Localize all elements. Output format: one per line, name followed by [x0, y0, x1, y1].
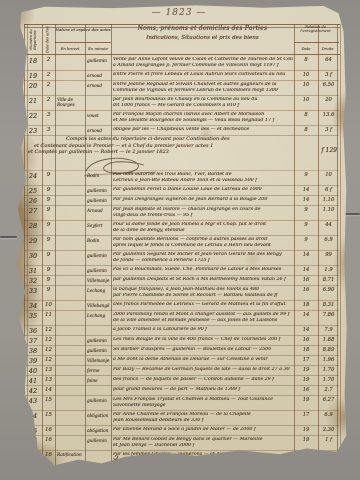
parties-description-cell: Pas ici à Bouchillats, Suède. Che. Pomma… [111, 266, 294, 275]
table-row: 28 9 Seyfert Pour la dame fondé de Jean … [24, 221, 339, 236]
row-number-cell: 32 [24, 276, 42, 285]
row-number-cell: 41 [24, 376, 42, 385]
table-row: 41 13 foine des francs — de faquets de p… [24, 376, 339, 386]
registration-date-cell: 9 [294, 221, 318, 235]
droits-cell: 3 f [318, 71, 339, 80]
parties-description-cell: Par Bazy — Récamié de Germain faquets de… [111, 366, 294, 375]
en-minute-cell [85, 96, 111, 110]
act-date-cell: 9 [42, 171, 55, 185]
registration-date-cell: 14 [294, 251, 318, 265]
registration-date-cell: 14 [294, 326, 318, 335]
registration-date-cell: 18 [294, 301, 318, 310]
parties-description-cell: Pour la dame fondé de Jean Pamela à Mgr … [111, 221, 294, 235]
en-minute-cell: arnoud [85, 81, 111, 95]
act-date-cell: 2 [42, 81, 55, 95]
signature-flourish-icon [82, 155, 160, 179]
row-number-cell: 31 [24, 266, 42, 275]
en-brevet-cell [55, 396, 85, 410]
registration-date-cell: 10 [294, 81, 318, 95]
en-minute-cell: guillemin [85, 436, 111, 450]
droits-cell: 64 [318, 56, 339, 70]
act-date-cell: 12 [42, 346, 55, 355]
registration-date-cell: 14 [294, 266, 318, 275]
table-row: 47 16 Ratification Par les femmes Charle… [24, 451, 339, 466]
en-brevet-cell: Ville de Bourges [55, 96, 85, 110]
parties-description-cell: pour grand mesures — de part — Mathieu d… [111, 386, 294, 395]
act-date-cell: 12 [42, 356, 55, 365]
droits-cell: 44 [318, 221, 339, 235]
row-number-cell: 26 [24, 196, 42, 205]
droits-cell: 2.7 [318, 386, 339, 395]
registration-date-cell: 19 [294, 366, 318, 375]
parties-description-cell: Les Mrs François Trystat et Chamvel à Ma… [111, 396, 294, 410]
en-brevet-cell [55, 81, 85, 95]
en-brevet-cell [55, 126, 85, 135]
act-date-cell: 9 [42, 221, 55, 235]
act-date-cell: 12 [42, 336, 55, 345]
en-minute-cell: guillemin [85, 346, 111, 355]
en-brevet-cell [55, 376, 85, 385]
parties-description-cell: Par guillemin Seguret Me Richer et Jean-… [111, 251, 294, 265]
parties-description-cell: Entre Pierre et frère Lebeau et Louis Au… [111, 71, 294, 80]
en-minute-cell: Villebangé [85, 301, 111, 310]
row-number-cell: 30 [24, 251, 42, 265]
header-main: Noms, prénoms et domiciles des Parties .… [111, 25, 294, 54]
table-row: 32 9 Villemanje par guillemin Desplats e… [24, 276, 339, 286]
registration-date-cell: 9 [294, 236, 318, 250]
table-row: 40 13 ferme Par Bazy — Récamié de Germai… [24, 366, 339, 376]
registration-date-cell: 14 [294, 186, 318, 195]
parties-description-cell: par guillemin Desplats et St Roch à Ms B… [111, 276, 294, 285]
row-number-cell: 40 [24, 366, 42, 375]
registration-date-cell: 16 [294, 451, 318, 465]
act-date-cell: 2 [42, 71, 55, 80]
registration-date-cell: 17 [294, 411, 318, 425]
droits-cell: 2.30 [318, 426, 339, 435]
en-minute-cell: arnoud [85, 126, 111, 135]
en-brevet-cell [55, 336, 85, 345]
table-row: 26 9 guillemin Par Jean Desgranges vigne… [24, 196, 339, 206]
table-row: 45 16 obligation Par Etienne Mérand à So… [24, 426, 339, 436]
registration-date-cell: 14 [294, 311, 318, 325]
header-relation: Relation de l'enregistrement [294, 25, 337, 42]
en-minute-cell [85, 326, 111, 335]
registration-date-cell: 19 [294, 396, 318, 410]
registration-date-cell: 8 [294, 126, 318, 135]
droits-cell: 13.6 [318, 111, 339, 125]
en-brevet-cell [55, 206, 85, 220]
en-brevet-cell [55, 221, 85, 235]
en-minute-cell [85, 386, 111, 395]
table-row: 19 2 arnoud Entre Pierre et frère Lebeau… [24, 71, 339, 81]
droits-cell: 6.9 [318, 411, 339, 425]
act-date-cell: 10 [42, 301, 55, 310]
droits-cell: 1.70 [318, 366, 339, 375]
parties-description-cell: la banque française), à Jean Jean-Mathie… [111, 286, 294, 300]
en-brevet-cell: Ratification [55, 451, 85, 465]
droits-cell: 1 f [318, 436, 339, 450]
photo-of-ledger-page: { "photo": { "year_title": "— 1823 —", "… [0, 0, 360, 480]
registration-date-cell: 16 [294, 336, 318, 345]
act-date-cell: 12 [42, 326, 55, 335]
registration-date-cell: 9 [294, 206, 318, 220]
registration-date-cell: 9 [294, 171, 318, 185]
droits-cell: 1.70 [318, 376, 339, 385]
droits-cell: 8.71 [318, 276, 339, 285]
en-brevet-cell [55, 311, 85, 325]
certification-line: et Comptés par guillemin — Robert — le 2… [28, 149, 339, 156]
parties-description-cell: Par Jean Baptiste et Isidore — chacun De… [111, 206, 294, 220]
en-minute-cell: obligation [85, 426, 111, 435]
parties-description-cell: Sil Barbier d'auxpres — guillemin — Boul… [111, 346, 294, 355]
en-brevet-cell [55, 301, 85, 310]
en-brevet-cell [55, 236, 85, 250]
droits-cell: 3 f [318, 126, 339, 135]
table-row: 30 9 guillemin Par guillemin Seguret Me … [24, 251, 339, 266]
header-en-brevet: En brevet [55, 43, 85, 54]
act-date-cell: 16 [42, 451, 55, 465]
act-date-cell: 9 [42, 186, 55, 195]
droits-cell: 1.10 [318, 206, 339, 220]
en-minute-cell: obligation [85, 411, 111, 425]
row-number-cell: 21 [24, 96, 42, 110]
en-brevet-cell [55, 366, 85, 375]
registration-date-cell: 8 [294, 56, 318, 70]
registration-date-cell: 19 [294, 376, 318, 385]
en-minute-cell: Bodin [85, 236, 111, 250]
table-row: 18 2 guillemin Vente par Anne Lafont veu… [24, 56, 339, 71]
en-minute-cell: guillemin [85, 396, 111, 410]
table-rows: 18 2 guillemin Vente par Anne Lafont veu… [24, 56, 339, 466]
parties-description-cell: Par les femmes Charles — vignerons — et … [111, 451, 294, 465]
droits-cell: 6.27 [318, 396, 339, 410]
table-row: 22 3 vouet Par François Maçon charron in… [24, 111, 339, 126]
header-nature: Nature et espèce des actes [55, 27, 111, 42]
en-brevet-cell [55, 266, 85, 275]
table-row: 37 12 guillemin Les meix Bougie de la vi… [24, 336, 339, 346]
en-brevet-cell [55, 356, 85, 365]
act-date-cell: 13 [42, 376, 55, 385]
parties-description-cell: Par guillemin Perlet à Dame Louise Loue … [111, 186, 294, 195]
parties-description-cell: 2000 Parsimony rendu et Mont à changer a… [111, 311, 294, 325]
row-number-cell: 29 [24, 236, 42, 250]
row-number-cell: 37 [24, 336, 42, 345]
en-brevet-cell [55, 56, 85, 70]
act-date-cell: 3 [42, 126, 55, 135]
header-en-minute: En minute [85, 43, 111, 54]
header-reg-date: Date [294, 43, 318, 54]
en-brevet-cell [55, 71, 85, 80]
act-date-cell: 9 [42, 206, 55, 220]
row-number-cell: 35 [24, 311, 42, 325]
row-number-cell: 24 [24, 171, 42, 185]
en-minute-cell: guillemin [85, 186, 111, 195]
en-brevet-cell [55, 411, 85, 425]
row-number-cell: 27 [24, 206, 42, 220]
row-number-cell: 42 [24, 386, 42, 395]
droits-cell: 6.90 [318, 286, 339, 300]
table-row: 20 2 arnoud Entre Jeanne Regnaud et Silv… [24, 81, 339, 96]
parties-description-cell: par Jean Bourbouleux de Chassy en la Com… [111, 96, 294, 110]
table-row: 42 14 pour grand mesures — de part — Mat… [24, 386, 339, 396]
en-minute-cell: vouet [85, 111, 111, 125]
table-row: 29 9 Bodin Par nom quantité Bérillons — … [24, 236, 339, 251]
en-minute-cell: Villemanje [85, 356, 111, 365]
act-date-cell: 9 [42, 236, 55, 250]
parties-description-cell: obligée par les — Chapiteaux vente des —… [111, 126, 294, 135]
certification-line: et Contenant depuis le Premier — et à Ch… [34, 143, 339, 150]
registration-date-cell: 10 [294, 96, 318, 110]
table-row: 39 12 Villemanje à Me dont la dème Athén… [24, 356, 339, 366]
table-row: 21 2 Ville de Bourges par Jean Bourboule… [24, 96, 339, 111]
registration-date-cell: 16 [294, 286, 318, 300]
act-date-cell: 9 [42, 286, 55, 300]
certification-line: Compris les actes du répertoire ci-devan… [66, 136, 339, 143]
row-number-cell: 18 [24, 56, 42, 70]
table-row: 36 12 à Jacob Trameil à la Latourière de… [24, 326, 339, 336]
table-row: 31 9 guillemin Pas ici à Bouchillats, Su… [24, 266, 339, 276]
registration-date-cell: 17 [294, 356, 318, 365]
en-minute-cell: guillemin [85, 196, 111, 205]
table-row: 33 9 Lechang la banque française), à Jea… [24, 286, 339, 301]
droits-cell: 6 f [318, 186, 339, 195]
header-main-flourish: .................. [111, 32, 294, 35]
page-year-title: — 1823 — [11, 8, 347, 18]
row-number-cell: 38 [24, 346, 42, 355]
row-number-cell: 20 [24, 81, 42, 95]
certification-droits-note: f 129 [321, 148, 337, 155]
registration-date-cell: 18 [294, 346, 318, 355]
droits-cell: 1.96 [318, 356, 339, 365]
parties-description-cell: Par Me Bénard Goblet de Bengy dans le qu… [111, 436, 294, 450]
parties-description-cell: Par François Maçon charron indivis avec … [111, 111, 294, 125]
act-date-cell: 9 [42, 196, 55, 205]
parties-description-cell: Entre Jeanne Regnaud et Silvain Chaulvet… [111, 81, 294, 95]
droits-cell: 99 [318, 251, 339, 265]
droits-cell: 7.9 [318, 326, 339, 335]
droits-cell: 7.86 [318, 311, 339, 325]
act-date-cell: 2 [42, 96, 55, 110]
act-date-cell: 14 [42, 386, 55, 395]
table-row: 25 9 guillemin Par guillemin Perlet à Da… [24, 186, 339, 196]
act-date-cell: 13 [42, 366, 55, 375]
registration-date-cell: 10 [294, 71, 318, 80]
parties-description-cell: Par Anne Chairelle et François Moreau — … [111, 411, 294, 425]
en-minute-cell: guillemin [85, 56, 111, 70]
row-number-cell: 44 [24, 411, 42, 425]
droits-cell: 1.10 [318, 196, 339, 205]
row-number-cell: 23 [24, 126, 42, 135]
parties-description-cell: à Jacob Trameil à la Latourière de 90 f [111, 326, 294, 335]
act-date-cell: 15 [42, 396, 55, 410]
en-brevet-cell [55, 426, 85, 435]
en-minute-cell: Lechang [85, 286, 111, 300]
act-date-cell: 11 [42, 311, 55, 325]
en-minute-cell [85, 451, 111, 465]
table-seam-left [0, 236, 17, 238]
act-date-cell: 9 [42, 251, 55, 265]
droits-cell: 20 [318, 96, 339, 110]
table-row: 38 12 guillemin Sil Barbier d'auxpres — … [24, 346, 339, 356]
table-seam-right [345, 213, 360, 215]
registration-date-cell: 14 [294, 196, 318, 205]
row-number-cell: 47 [24, 451, 42, 465]
table-row: 46 16 guillemin Par Me Bénard Goblet de … [24, 436, 339, 451]
table-row: 44 15 obligation Par Anne Chairelle et F… [24, 411, 339, 426]
en-brevet-cell [55, 251, 85, 265]
en-brevet-cell [55, 171, 85, 185]
en-brevet-cell [55, 111, 85, 125]
table-row: 24 9 Bodin Pas nom autorisé les trois Bl… [24, 171, 339, 186]
table-row: 34 10 Villebangé Des francs Parmedée de … [24, 301, 339, 311]
droits-cell: 6.50 [318, 81, 339, 95]
row-number-cell: 45 [24, 426, 42, 435]
en-brevet-cell [55, 276, 85, 285]
act-date-cell: 2 [42, 56, 55, 70]
en-brevet-cell [55, 346, 85, 355]
header-numero: Numéro du Répertoire [26, 24, 42, 56]
document-page: — 1823 — Numéro du Répertoire Date des a… [11, 4, 347, 468]
en-brevet-cell [55, 186, 85, 195]
parties-description-cell: Par Etienne Mérand à Socé à Jandin de Ma… [111, 426, 294, 435]
en-minute-cell: foine [85, 376, 111, 385]
row-number-cell: 19 [24, 71, 42, 80]
header-date-actes: Date des actes [42, 24, 55, 56]
row-number-cell: 28 [24, 221, 42, 235]
row-number-cell: 36 [24, 326, 42, 335]
en-brevet-cell [55, 196, 85, 205]
registration-date-cell: 16 [294, 276, 318, 285]
table-right-border-2 [340, 24, 341, 468]
row-number-cell: 46 [24, 436, 42, 450]
table-row: 35 11 Lechang 2000 Parsimony rendu et Mo… [24, 311, 339, 326]
row-number-cell: 22 [24, 111, 42, 125]
parties-description-cell: Des francs Parmedée de Létrieux — Gérard… [111, 301, 294, 310]
registration-date-cell: 19 [294, 436, 318, 450]
act-date-cell: 16 [42, 426, 55, 435]
certification-note: Compris les actes du répertoire ci-devan… [24, 136, 339, 171]
en-brevet-cell [55, 286, 85, 300]
en-minute-cell: arnoud [85, 71, 111, 80]
row-number-cell: 43 [24, 396, 42, 410]
act-date-cell: 9 [42, 276, 55, 285]
en-minute-cell: Arnoud [85, 206, 111, 220]
droits-cell: 6.9 [318, 236, 339, 250]
en-minute-cell: guillemin [85, 336, 111, 345]
droits-cell: 8.31 [318, 301, 339, 310]
act-date-cell: 3 [42, 111, 55, 125]
en-minute-cell: Villemanje [85, 276, 111, 285]
en-minute-cell: Seyfert [85, 221, 111, 235]
registration-date-cell: 8 [294, 111, 318, 125]
en-brevet-cell [55, 386, 85, 395]
table-row: 43 15 guillemin Les Mrs François Trystat… [24, 396, 339, 411]
parties-description-cell: Les meix Bougie de la ville de 400 franc… [111, 336, 294, 345]
parties-description-cell: Par nom quantité Bérillons — confirmé à … [111, 236, 294, 250]
parties-description-cell: à Me dont la dème Athénaïs de Delarue — … [111, 356, 294, 365]
en-minute-cell: guillemin [85, 266, 111, 275]
en-minute-cell: Lechang [85, 311, 111, 325]
act-date-cell: 9 [42, 266, 55, 275]
droits-cell: 10 [318, 171, 339, 185]
act-date-cell: 16 [42, 436, 55, 450]
en-minute-cell: ferme [85, 366, 111, 375]
row-number-cell: 34 [24, 301, 42, 310]
parties-description-cell: Vente par Anne Lafont veuve de Culan et … [111, 56, 294, 70]
table-row: 27 9 Arnoud Par Jean Baptiste et Isidore… [24, 206, 339, 221]
row-number-cell: 39 [24, 356, 42, 365]
en-brevet-cell [55, 326, 85, 335]
row-number-cell: 25 [24, 186, 42, 195]
registration-date-cell: 16 [294, 386, 318, 395]
parties-description-cell: Par Jean Desgranges vigneron de Jean Ber… [111, 196, 294, 205]
table-row: 23 3 arnoud obligée par les — Chapiteaux… [24, 126, 339, 136]
droits-cell: 2.30 [318, 451, 339, 465]
parties-description-cell: des francs — de faquets de passer — Cond… [111, 376, 294, 385]
act-date-cell: 15 [42, 411, 55, 425]
row-number-cell: 33 [24, 286, 42, 300]
droits-cell: 8.89 [318, 346, 339, 355]
droits-cell: 1.88 [318, 336, 339, 345]
registration-date-cell: 19 [294, 426, 318, 435]
droits-cell: 1.9 [318, 266, 339, 275]
header-reg-droits: Droits [318, 43, 337, 54]
en-minute-cell: guillemin [85, 251, 111, 265]
en-brevet-cell [55, 436, 85, 450]
